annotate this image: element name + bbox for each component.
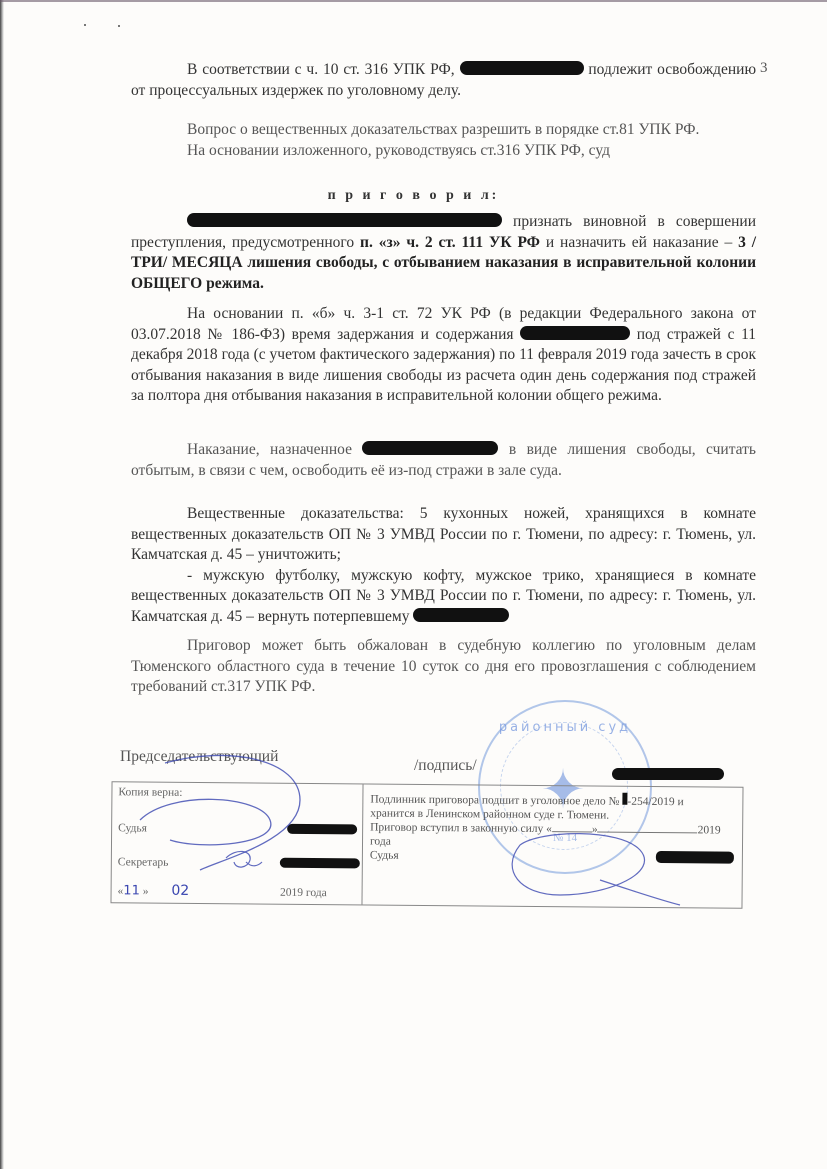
costs-text-a: В соответствии с ч. 10 ст. 316 УПК РФ,	[187, 61, 455, 78]
case-number: -254/2019	[627, 796, 674, 808]
certification-right: Подлинник приговора подшит в уголовное д…	[365, 784, 742, 907]
judge-label: Судья	[118, 822, 147, 834]
redacted-name	[187, 213, 502, 227]
date-close: »	[143, 886, 149, 898]
redacted-secretary-name	[280, 858, 360, 869]
certification-left: Копия верна: Судья Секретарь «11 » 02 20…	[111, 782, 363, 904]
redacted-name	[362, 441, 498, 455]
appeal-text: Приговор может быть обжалован в судебную…	[131, 636, 756, 698]
paragraph-credit: На основании п. «б» ч. 3-1 ст. 72 УК РФ …	[131, 304, 756, 407]
paragraph-physical-evidence: Вещественные доказательства: 5 кухонных …	[131, 504, 756, 627]
redacted-judge-name	[612, 768, 724, 780]
paragraph-evidence-question: Вопрос о вещественных доказательствах ра…	[131, 120, 756, 161]
scan-speck	[118, 25, 120, 27]
entry-into-force-mid: »	[592, 823, 598, 835]
cert-date: «11 » 02 2019 года	[118, 882, 327, 900]
served-text: Наказание, назначенное	[187, 441, 352, 458]
evidence-question-text: Вопрос о вещественных доказательствах ра…	[131, 120, 756, 141]
scan-edge	[0, 0, 4, 1169]
redacted-judge-name	[287, 824, 357, 835]
secretary-label: Секретарь	[118, 856, 169, 868]
certification-box: Копия верна: Судья Секретарь «11 » 02 20…	[110, 781, 743, 909]
entry-into-force-text: Приговор вступил в законную силу «	[370, 822, 552, 836]
sentence-term-text: лишения свободы, с отбыванием наказания …	[247, 254, 756, 271]
signature-label: /подпись/	[414, 757, 477, 775]
guided-by-text: На основании изложенного, руководствуясь…	[131, 141, 756, 162]
date-year: 2019 года	[280, 887, 327, 899]
judge-label: Судья	[370, 849, 399, 863]
evidence-knives: Вещественные доказательства: 5 кухонных …	[131, 504, 756, 566]
sentence-text: и назначить ей наказание –	[546, 234, 732, 251]
sentence-regime: ОБЩЕГО	[131, 275, 202, 292]
sentence-regime-end: режима.	[206, 275, 264, 292]
seal-text: районный суд	[480, 720, 650, 735]
copy-true-label: Копия верна:	[118, 786, 182, 799]
paragraph-sentence: признать виновной в совершении преступле…	[131, 212, 756, 294]
verdict-heading: п р и г о в о р и л:	[0, 188, 827, 204]
paragraph-costs: В соответствии с ч. 10 ст. 316 УПК РФ, п…	[131, 60, 756, 101]
scan-edge-top	[0, 0, 827, 2]
redacted-judge-name	[656, 851, 734, 864]
sentence-article: п. «з» ч. 2 ст. 111 УК РФ	[360, 234, 540, 251]
original-filed-text: Подлинник приговора подшит в уголовное д…	[370, 791, 738, 852]
date-month: 02	[171, 883, 189, 899]
redacted-name	[520, 326, 630, 340]
document-page: 3 В соответствии с ч. 10 ст. 316 УПК РФ,…	[0, 0, 827, 1169]
redacted-name	[460, 61, 584, 75]
chair-label: Председательствующий	[120, 748, 278, 766]
original-text: Подлинник приговора подшит в уголовное д…	[370, 794, 619, 808]
paragraph-appeal: Приговор может быть обжалован в судебную…	[131, 636, 756, 698]
page-number: 3	[760, 60, 768, 77]
redacted-name	[413, 608, 509, 622]
court-storage-text: хранится в Ленинском районном суде г. Тю…	[370, 808, 609, 822]
scan-speck	[84, 24, 86, 26]
paragraph-served: Наказание, назначенное в виде лишения св…	[131, 440, 756, 481]
original-text-end: и	[677, 796, 683, 808]
date-day: 11	[123, 883, 140, 898]
